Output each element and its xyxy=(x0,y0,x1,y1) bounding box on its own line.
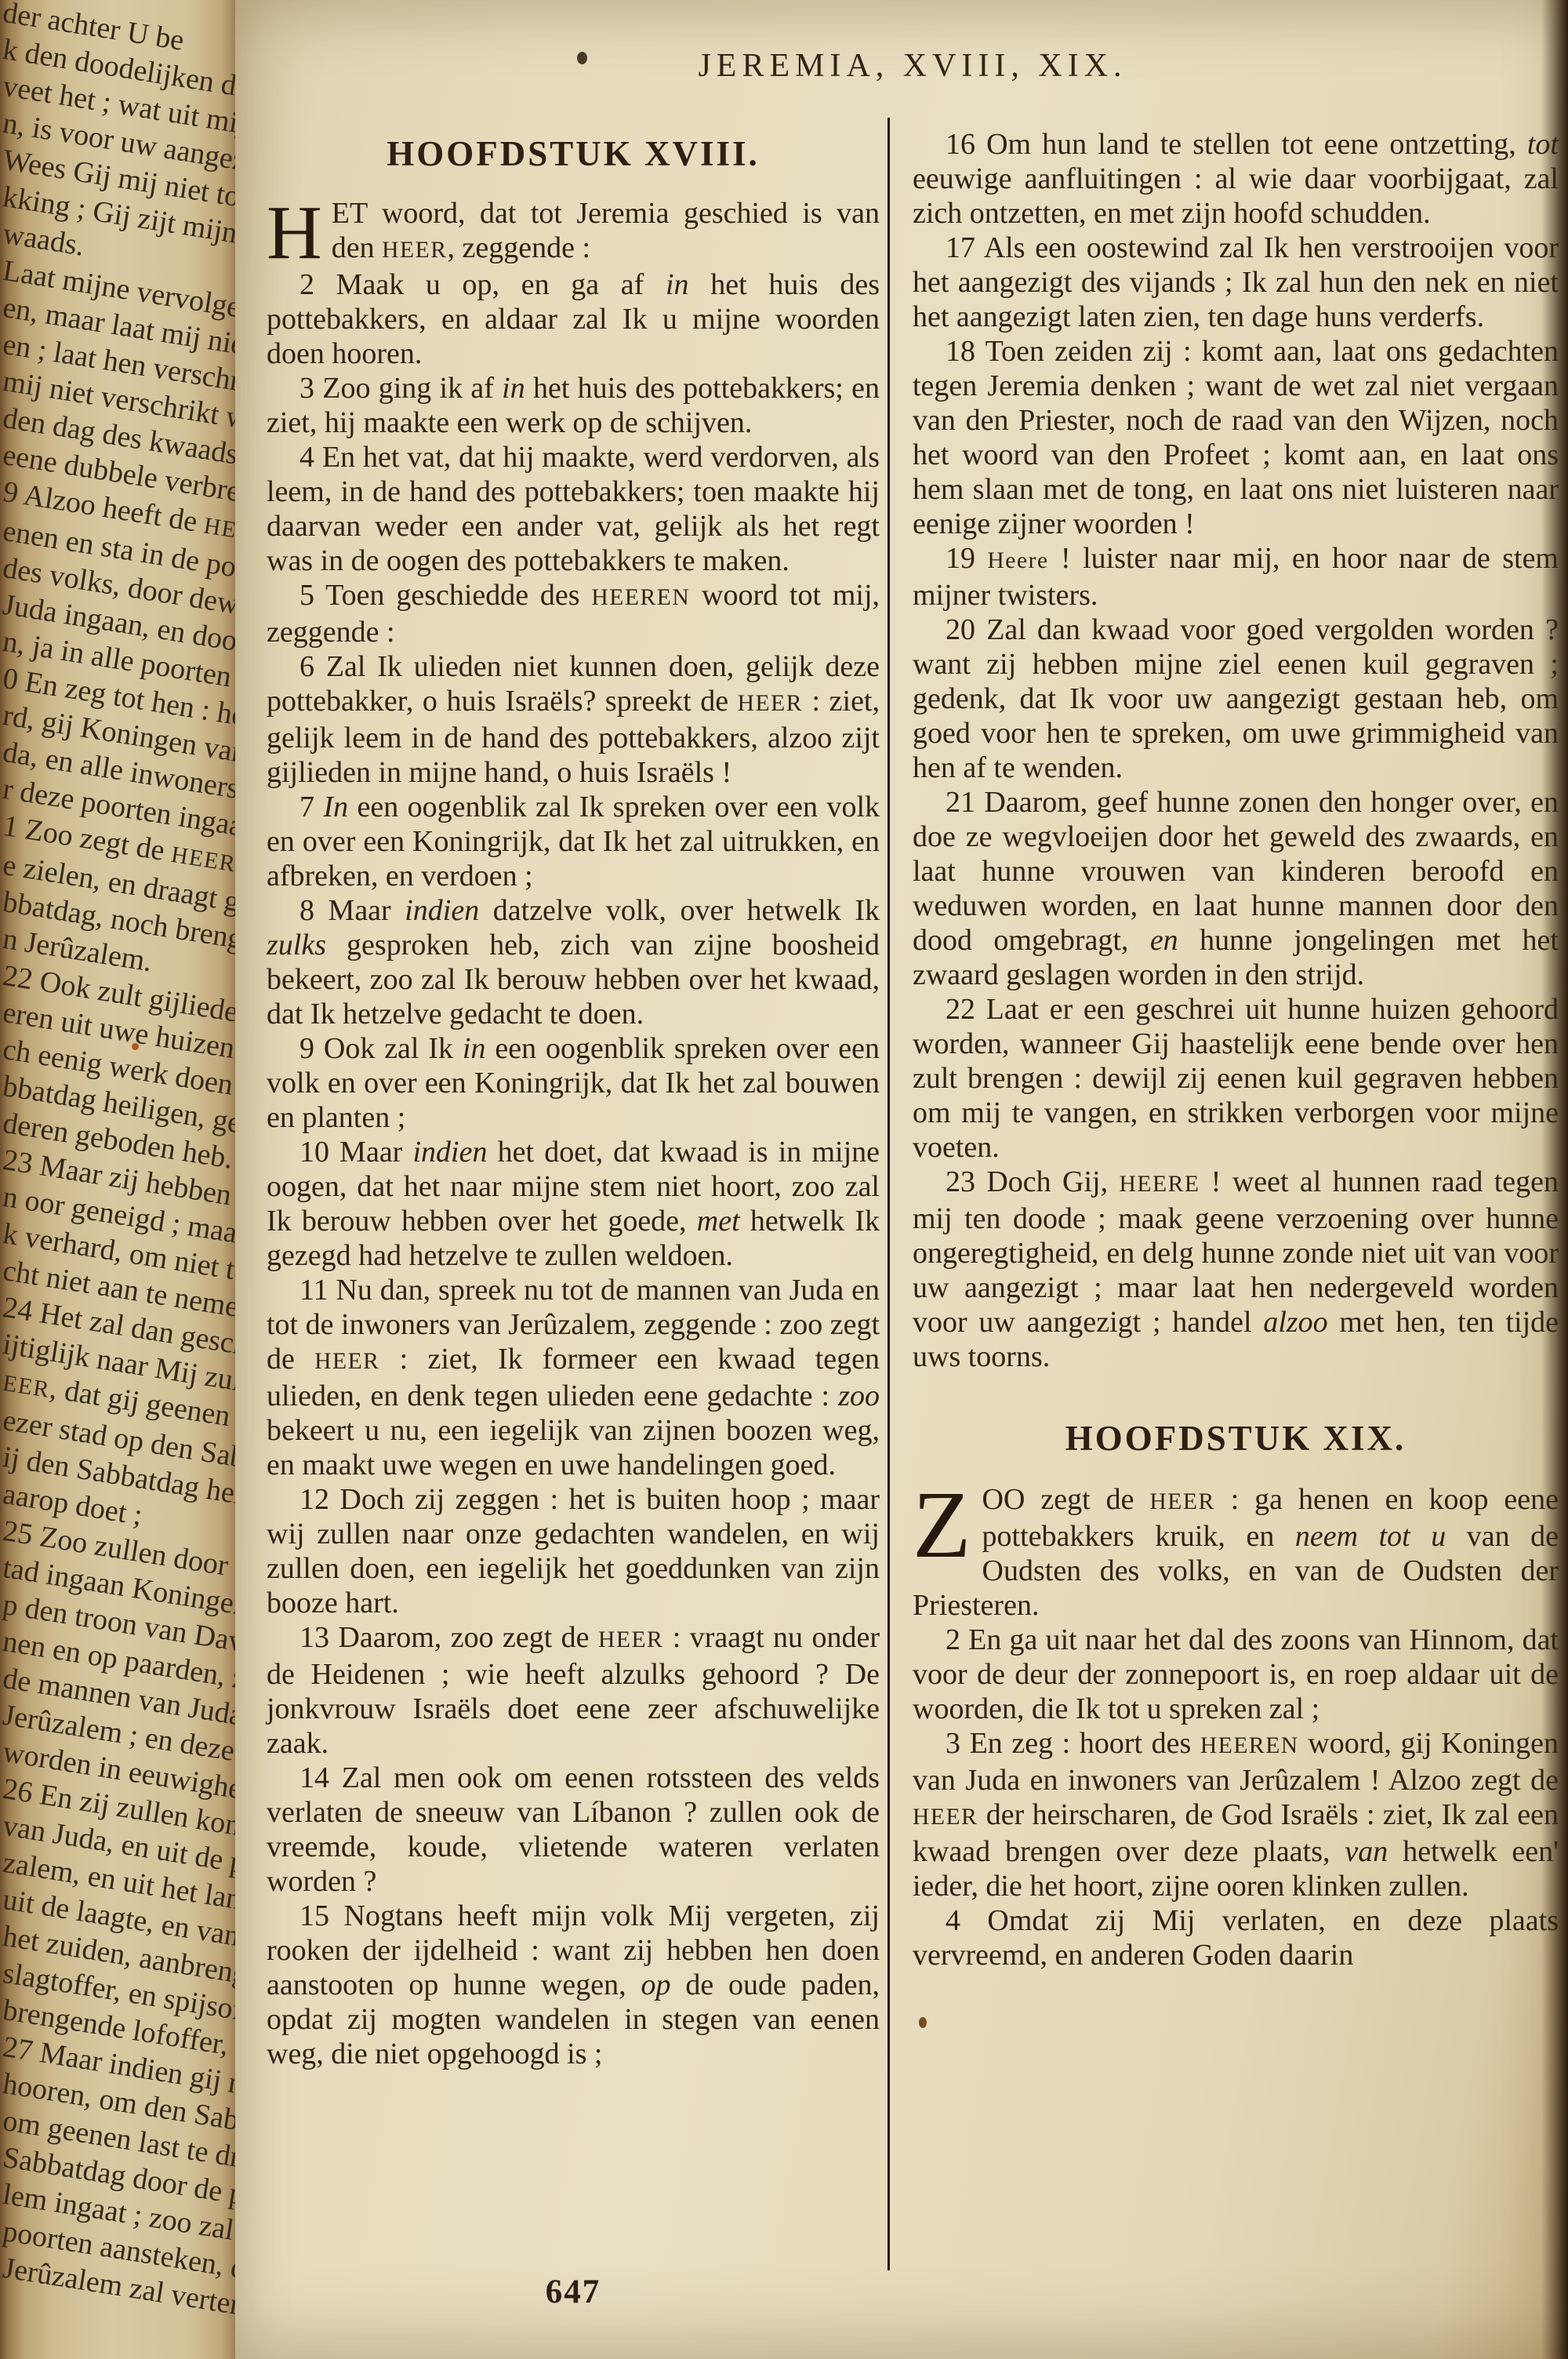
verse-paragraph: 13 Daarom, zoo zegt de HEER : vraagt nu … xyxy=(267,1620,880,1761)
verse-paragraph: 9 Ook zal Ik in een oogenblik spreken ov… xyxy=(267,1031,880,1135)
verse-paragraph: 16 Om hun land te stellen tot eene ontze… xyxy=(913,127,1559,231)
verse-paragraph: 18 Toen zeiden zij : komt aan, laat ons … xyxy=(913,334,1559,541)
verse-paragraph: 12 Doch zij zeggen : het is buiten hoop … xyxy=(267,1482,880,1620)
verse-paragraph: 5 Toen geschiedde des HEEREN woord tot m… xyxy=(267,578,880,649)
printed-page: JEREMIA, XVIII, XIX. HOOFDSTUK XVIII. HE… xyxy=(235,0,1568,2359)
page-number: 647 xyxy=(267,2273,880,2311)
verse-text: OO zegt de HEER : ga henen en koop eene … xyxy=(913,1483,1559,1622)
ink-speck xyxy=(919,2017,927,2028)
verse-paragraph: 2 En ga uit naar het dal des zoons van H… xyxy=(913,1623,1559,1726)
verse-text: ET woord, dat tot Jeremia geschied is va… xyxy=(332,197,880,264)
verse-paragraph: 22 Laat er een geschrei uit hunne huizen… xyxy=(913,992,1559,1165)
right-column: 16 Om hun land te stellen tot eene ontze… xyxy=(913,118,1559,1972)
gutter-text-block: der achter U bek den doodelijken dagveet… xyxy=(0,0,249,2286)
chapter-heading-xviii: HOOFDSTUK XVIII. xyxy=(267,133,880,174)
verse-paragraph: 6 Zal Ik ulieden niet kunnen doen, gelij… xyxy=(267,649,880,790)
drop-cap-h: H xyxy=(267,196,332,264)
chapter-heading-xix: HOOFDSTUK XIX. xyxy=(913,1418,1559,1459)
drop-cap-z: Z xyxy=(913,1482,982,1561)
verse-paragraph: 19 Heere ! luister naar mij, en hoor naa… xyxy=(913,541,1559,612)
ink-speck xyxy=(132,1043,139,1050)
verse-paragraph: 14 Zal men ook om eenen rotssteen des ve… xyxy=(267,1761,880,1899)
verse-paragraph: 20 Zal dan kwaad voor goed vergolden wor… xyxy=(913,612,1559,785)
page-edge-shadow xyxy=(1541,0,1568,2359)
right-verse-list-ch19: 2 En ga uit naar het dal des zoons van H… xyxy=(913,1623,1559,1972)
ink-speck xyxy=(577,52,587,64)
verse-paragraph: 10 Maar indien het doet, dat kwaad is in… xyxy=(267,1135,880,1273)
right-verse-list-ch18: 16 Om hun land te stellen tot eene ontze… xyxy=(913,127,1559,1374)
verse-paragraph: 3 Zoo ging ik af in het huis des potteba… xyxy=(267,371,880,440)
verse-paragraph: 21 Daarom, geef hunne zonen den honger o… xyxy=(913,785,1559,992)
verse-paragraph: 11 Nu dan, spreek nu tot de mannen van J… xyxy=(267,1273,880,1482)
facing-page-gutter: der achter U bek den doodelijken dagveet… xyxy=(0,0,249,2359)
verse-paragraph: 3 En zeg : hoort des HEEREN woord, gij K… xyxy=(913,1726,1559,1903)
verse-paragraph: 23 Doch Gij, HEERE ! weet al hunnen raad… xyxy=(913,1165,1559,1374)
verse-paragraph: 8 Maar indien datzelve volk, over hetwel… xyxy=(267,893,880,1031)
left-column: HOOFDSTUK XVIII. HET woord, dat tot Jere… xyxy=(267,118,880,2071)
verse-paragraph: 4 En het vat, dat hij maakte, werd verdo… xyxy=(267,440,880,578)
verse-paragraph: HET woord, dat tot Jeremia geschied is v… xyxy=(267,196,880,267)
verse-paragraph: 4 Omdat zij Mij verlaten, en deze plaats… xyxy=(913,1903,1559,1972)
column-divider xyxy=(887,118,890,2270)
verse-paragraph: 17 Als een oostewind zal Ik hen verstroo… xyxy=(913,231,1559,334)
verse-paragraph: ZOO zegt de HEER : ga henen en koop eene… xyxy=(913,1482,1559,1623)
running-head: JEREMIA, XVIII, XIX. xyxy=(267,47,1559,85)
verse-paragraph: 15 Nogtans heeft mijn volk Mij vergeten,… xyxy=(267,1899,880,2071)
verse-paragraph: 2 Maak u op, en ga af in het huis des po… xyxy=(267,267,880,371)
verse-paragraph: 7 In een oogenblik zal Ik spreken over e… xyxy=(267,790,880,893)
book-page-photo: der achter U bek den doodelijken dagveet… xyxy=(0,0,1568,2359)
left-verse-list: 2 Maak u op, en ga af in het huis des po… xyxy=(267,267,880,2071)
